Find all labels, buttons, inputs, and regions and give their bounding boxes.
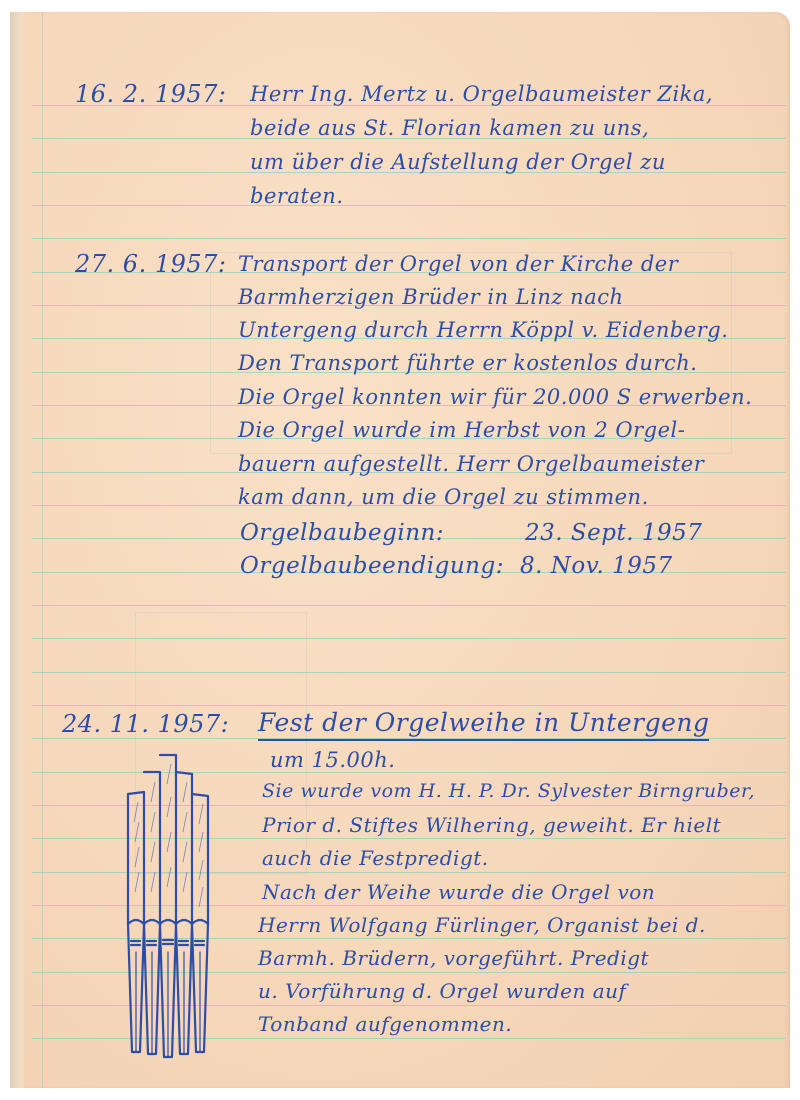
entry-line: beraten. [250,184,344,208]
schedule-value: 8. Nov. 1957 [520,553,673,579]
entry-title: Fest der Orgelweihe in Untergeng [258,708,709,741]
entry-line: kam dann, um die Orgel zu stimmen. [238,485,649,509]
entry-line: Barmherzigen Brüder in Linz nach [238,285,624,309]
schedule-value: 23. Sept. 1957 [525,520,702,546]
entry-line: Barmh. Brüdern, vorgeführt. Predigt [258,946,649,970]
entry-line: Tonband aufgenommen. [258,1012,512,1036]
entry-line: um über die Aufstellung der Orgel zu [250,150,666,174]
entry-line: Untergeng durch Herrn Köppl v. Eidenberg… [238,318,728,342]
entry-line: um 15.00h. [270,748,395,772]
entry-line: Prior d. Stiftes Wilhering, geweiht. Er … [262,813,721,837]
entry-date: 16. 2. 1957: [75,80,227,108]
entry-line: Herr Ing. Mertz u. Orgelbaumeister Zika, [250,82,713,106]
schedule-label: Orgelbaubeendigung: [240,553,504,579]
entry-line: bauern aufgestellt. Herr Orgelbaumeister [238,452,704,476]
organ-pipes-icon [118,752,218,1067]
entry-date: 27. 6. 1957: [75,250,227,278]
page-binding-edge [10,12,24,1088]
schedule-label: Orgelbaubeginn: [240,520,444,546]
entry-line: Die Orgel wurde im Herbst von 2 Orgel- [238,418,685,442]
entry-line: Den Transport führte er kostenlos durch. [238,351,697,375]
entry-line: beide aus St. Florian kamen zu uns, [250,116,649,140]
entry-line: Transport der Orgel von der Kirche der [238,252,678,276]
entry-date: 24. 11. 1957: [62,710,229,738]
entry-line: Nach der Weihe wurde die Orgel von [262,880,655,904]
entry-line: Die Orgel konnten wir für 20.000 S erwer… [238,385,752,409]
entry-line: Sie wurde vom H. H. P. Dr. Sylvester Bir… [262,780,755,802]
entry-line: Herrn Wolfgang Fürlinger, Organist bei d… [258,913,706,937]
margin-line [42,12,43,1088]
entry-line: auch die Festpredigt. [262,846,489,870]
entry-line: u. Vorführung d. Orgel wurden auf [258,979,626,1003]
